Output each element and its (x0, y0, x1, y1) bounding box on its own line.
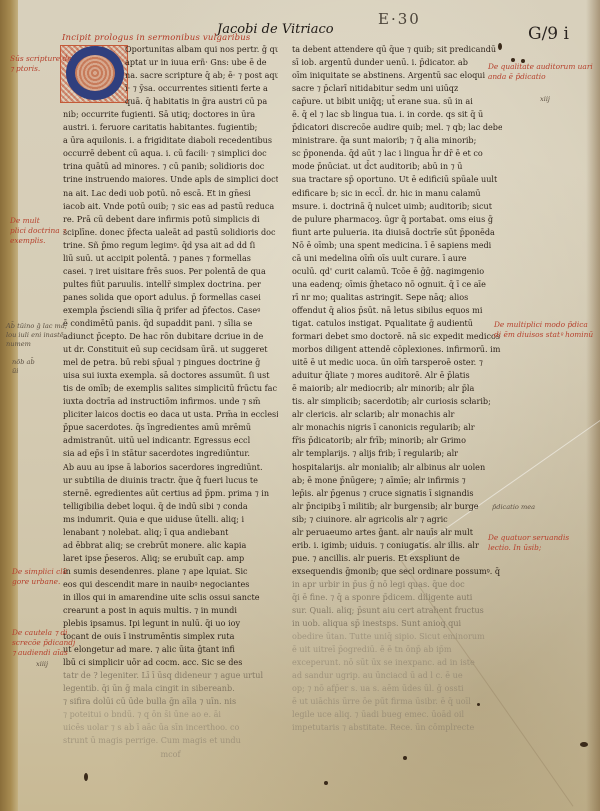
manuscript-text-line: Oportunitas albam qui nos pertr. ḡ qui (63, 43, 278, 56)
manuscript-text-line: ut dr. Constituit eū sup cecidsam ūrā. u… (63, 343, 278, 356)
manuscript-text-line: austri. i. feruore caritatis habitantes.… (63, 121, 278, 134)
manuscript-text-line: liū suū. ut accipit polentā. ⁊ panes ⁊ f… (63, 252, 278, 265)
manuscript-text-line: pliciter laicos doctis eo daca ut usta. … (63, 408, 278, 421)
manuscript-text-line: sternē. egredientes aūt certius ad p̄pm.… (63, 487, 278, 500)
manuscript-text-line: ⁊ sifira dol̄ūi cū ūde bulla ḡn aīla ⁊ u… (63, 695, 278, 708)
manuscript-text-line: trina quātū ad minores. ⁊ cū panib; soli… (63, 160, 278, 173)
manuscript-text-line: ī· ⁊ ȳsa. occurrentes sitienti ferte a (63, 82, 278, 95)
manuscript-text-line: ad ēbbrat aliq; se crebrūt monere. alic … (63, 539, 278, 552)
manuscript-text-line: pue. ⁊ ancillis. alr pueris. Et exspliun… (292, 552, 502, 565)
manuscript-text-line: exceperunt. nō sūt ūx se inexpanc. ad in… (292, 656, 502, 669)
margin-gloss: nōb ab̄ ū̄i (12, 358, 35, 376)
manuscript-text-line: tigat. catulos instigat. Pqualitate ḡ au… (292, 317, 502, 330)
manuscript-text-line: oīm iniquitate se abstinens. Argentū sac… (292, 69, 502, 82)
manuscript-text-line: quā. q̄ habitatis in ḡra austri cū pa (63, 95, 278, 108)
manuscript-text-line: iacob ait. Vnde potū ouib; ⁊ sic eas ad … (63, 200, 278, 213)
ink-spot (403, 756, 407, 760)
manuscript-text-line: pultes fiūt paruulis. intellr̄ simplex d… (63, 278, 278, 291)
margin-gloss: xiij (540, 95, 550, 104)
manuscript-text-line: de pulure pharmacoꝫ. ūgr q̄ portabat. om… (292, 213, 502, 226)
margin-rubric: De simplici clā gore urbane. (12, 567, 67, 587)
manuscript-text-line: casei. ⁊ iret ui̇sitare frēs suos. Per p… (63, 265, 278, 278)
manuscript-text-line: erib. i. igimb; uiduis. ⁊ coniugatis. al… (292, 539, 502, 552)
manuscript-text-line: a ūra aquilonis. i. a frigiditate diabol… (63, 134, 278, 147)
manuscript-text-line: plebis ipsamus. Ipi legunt in nulū. q̄i … (63, 617, 278, 630)
shelfmark: E·30 (378, 10, 421, 28)
margin-rubric: De cautela ⁊ di screcōe p̄dicandj ⁊ audi… (12, 628, 75, 658)
manuscript-text-line: edificare b; sic in eccl̄. dr. hic in ma… (292, 187, 502, 200)
manuscript-text-line: sur. Quali. aliq; p̄sunt aiu cert atrahe… (292, 604, 502, 617)
manuscript-text-line: mode p̄nūciat. ut d̄ct auditorib; abū in… (292, 160, 502, 173)
manuscript-text-line: sib; ⁊ ciuinore. alr agricolis alr ⁊ agr… (292, 513, 502, 526)
manuscript-text-line: re. Prā cū debent dare infirmis potū sim… (63, 213, 278, 226)
manuscript-text-line: ut elongetur ad mare. ⁊ alic ūita ḡtant … (63, 643, 278, 656)
manuscript-text-line: legentib. q̄i ūn ḡ mala cingit in sibere… (63, 682, 278, 695)
manuscript-text-line: q̄i ē fine. ⁊ q̄ a sponre p̄dicem. dilig… (292, 591, 502, 604)
manuscript-text-line: exsequendis ḡmonib; que secl ordinare po… (292, 565, 502, 578)
manuscript-text-line: sacre ⁊ p̄clarī nitidabitur sedm uni uiū… (292, 82, 502, 95)
manuscript-text-line: aptat ur in iuua erñ· Gns: ube ē de (63, 56, 278, 69)
manuscript-text-line: ur subtilia de diuinis tractr. q̄ue q̄ f… (63, 474, 278, 487)
text-column-left: Oportunitas albam qui nos pertr. ḡ quiap… (63, 43, 278, 761)
manuscript-text-line: ē condimētū panis. q̄d supaddit pani. ⁊ … (63, 317, 278, 330)
manuscript-text-line: strunt ū magis perrige. Cum magis et und… (63, 734, 278, 747)
manuscript-text-line: uitē ē ut medic uoca. ūn oīm̄ tarsperoē … (292, 356, 502, 369)
manuscript-text-line: ē. q̄ el ⁊ lac sb lingua tua. i. in cord… (292, 108, 502, 121)
manuscript-text-line: morbos diligent attendē cōplexiones. inf… (292, 343, 502, 356)
manuscript-text-line: formari debet smo doctorē. nā sic expedi… (292, 330, 502, 343)
manuscript-text-line: tocant de ouis ī instrumēntis simplex ru… (63, 630, 278, 643)
manuscript-text-line: in apr urbir in p̄us ḡ nō legi quas. q̄u… (292, 578, 502, 591)
manuscript-text-line: msure. i. doctrinā q̄ nulcet uimb; audit… (292, 200, 502, 213)
manuscript-text-line: una eadenq; oīmis ḡhetaco nō ognuit. q̄ … (292, 278, 502, 291)
manuscript-text-line: alr templarijs. ⁊ alijs frib; ī regulari… (292, 447, 502, 460)
ink-spot (324, 781, 328, 785)
manuscript-text-line: tis de omīb; de exemplis salites simplic… (63, 382, 278, 395)
manuscript-text-line: nib; occurrite fugienti. Sā utiq; doctor… (63, 108, 278, 121)
manuscript-text-line: tis. alr simplicib; sacerdotib; alr curi… (292, 395, 502, 408)
manuscript-text-line: alr clericis. alr sclarib; alr monachis … (292, 408, 502, 421)
margin-rubric: De mult plici doctrina ⁊ exemplis. (10, 216, 66, 246)
manuscript-text-line: op; ⁊ nō afp̄er s. ua s. aēm ūdes ūl. ḡ … (292, 682, 502, 695)
manuscript-text-line: alr monachis nigris ī canonicis regulari… (292, 421, 502, 434)
manuscript-text-line: ab; ē mone p̄nūgere; ⁊ aīmīe; alr infirm… (292, 474, 502, 487)
manuscript-text-line: ms indumrit. Quia e que uiduse ūtelli. a… (63, 513, 278, 526)
manuscript-text-line: mel de petra. bū rebi sp̄ual ⁊ pingues d… (63, 356, 278, 369)
manuscript-text-line: lep̄is. alr p̄genus ⁊ cruce signatis ī s… (292, 487, 502, 500)
margin-rubric: De qualitate auditorum uari anda ē p̄dic… (488, 62, 593, 82)
manuscript-text-line: uisa sui iuxta exempla. sā doctores assu… (63, 369, 278, 382)
manuscript-text-line: ē ut uiāchis ūrre ōe pūt firma ūsibr. ē … (292, 695, 502, 708)
manuscript-text-line: trine instruendo maiores. Unde apls de s… (63, 173, 278, 186)
manuscript-text-line: sua tractare sp̄ oportuno. Ut ē edificiū… (292, 173, 502, 186)
manuscript-text-line: admistranūt. uitū uel indicantr. Egressu… (63, 434, 278, 447)
manuscript-text-line: exempla p̄sciendi sīlia q̄ prifer ad p̄f… (63, 304, 278, 317)
manuscript-page: E·30 G/9 i Jacobi de Vitriaco Incipit pr… (0, 0, 600, 811)
manuscript-text-line: adiunct p̄cepto. De hac rōn dubitare dcr… (63, 330, 278, 343)
manuscript-text-line: sia ad ep̄s ī in stātur sacerdotes ingre… (63, 447, 278, 460)
manuscript-text-line: ⁊ poteitui o bndū. ⁊ q ōn s̄i ūne ao e. … (63, 708, 278, 721)
manuscript-text-line: Nō ē oīmb; una spent medicina. ī ē sapie… (292, 239, 502, 252)
manuscript-text-line: laret ipse p̄eseros. Aliq; se erubuīt ca… (63, 552, 278, 565)
ink-spot (84, 773, 88, 781)
ink-spot (580, 742, 588, 747)
manuscript-text-line: iuxta doctrīa ad instructiōm infirmos. u… (63, 395, 278, 408)
manuscript-text-line: sciplīne. donec p̄fecta ualeāt ad pastū … (63, 226, 278, 239)
manuscript-text-line: aduitur q̄liate ⁊ mores auditorē. Alr ē … (292, 369, 502, 382)
margin-gloss: xiiij (36, 660, 48, 669)
manuscript-text-line: oculū. qd' curit calamū. Tcōe ē ḡḡ. nagi… (292, 265, 502, 278)
manuscript-text-line: alr p̄ncipibꝫ ī militib; alr burgensib; … (292, 500, 502, 513)
manuscript-text-line: na ait. Lac dedi uob potū. nō escā. Et i… (63, 187, 278, 200)
manuscript-text-line: fr̄is p̄dicatorib; alr frīb; minorib; al… (292, 434, 502, 447)
manuscript-text-line: ē maiorib; alr mediocrib; alr minorib; a… (292, 382, 502, 395)
margin-rubric: De multiplici modo p̄dica di ēm diuisos … (494, 320, 593, 340)
manuscript-text-line: ad sandur ugrip. au ūnciacd ū ad l c. ē … (292, 669, 502, 682)
manuscript-text-line: uicēs uolar ⁊ s ab ī aāc ūa sīn incertho… (63, 721, 278, 734)
manuscript-text-line: lbū ci simplicir uōr ad cocm. acc. Sic s… (63, 656, 278, 669)
manuscript-text-line: sc p̄ponenda. q̄d aūt ⁊ lac i lingua h̄r… (292, 147, 502, 160)
margin-gloss: Ab̄ tūino ḡ lac ma; lou iuli eni inastē … (6, 322, 67, 349)
manuscript-text-line: ta debent attendere qū q̄ue ⁊ quib; sit … (292, 43, 502, 56)
incipit-rubric: Incipit prologus in sermonibus vulgaribu… (62, 33, 251, 43)
manuscript-text-line: occurrē debent cū aqua. i. cū facili· ⁊ … (63, 147, 278, 160)
manuscript-text-line: crearunt a post in aquis multis. ⁊ in mu… (63, 604, 278, 617)
manuscript-text-line: tatr d̄e ? legeniter. Lī ī ūsq dideneur … (63, 669, 278, 682)
margin-rubric: De quatuor seruandis lectio. In ūsib; (488, 533, 569, 553)
manuscript-text-line: alr peruaeumo artes ḡant. alr nauīs alr … (292, 526, 502, 539)
manuscript-text-line: p̄dicatori discrecōe audire quib; mel. ⁊… (292, 121, 502, 134)
manuscript-text-line: impetutaris ⁊ abstitate. Rece. ūn cōmplr… (292, 721, 502, 734)
manuscript-text-line: in sumis desendenres. plane ⁊ ape lquiat… (63, 565, 278, 578)
manuscript-text-line: offendut q̄ alios p̄sūt. nā letus sibilu… (292, 304, 502, 317)
margin-gloss: p̄dicatio mea (492, 503, 535, 512)
manuscript-text-line: telligibilia debet loqui. q̄ de indū sib… (63, 500, 278, 513)
manuscript-text-line: trine. Sñ p̄mo regum legimꝰ. q̄d ysa ait… (63, 239, 278, 252)
manuscript-text-line: hospitalarijs. alr monialib; alr albinus… (292, 461, 502, 474)
manuscript-text-line: p̄pue sacerdotes. q̄s īngredientes amū m… (63, 421, 278, 434)
manuscript-text-line: Ab auu au ipse ā laborios sacerdores ing… (63, 461, 278, 474)
manuscript-text-line: cap̄ure. ut bibit uniq̄q; ut̄ erane sua.… (292, 95, 502, 108)
manuscript-text-line: in illos qui in amarendine uite sclis os… (63, 591, 278, 604)
manuscript-text-line: obedire ūtan. Tutte uniq̄ sipio. Sicut e… (292, 630, 502, 643)
manuscript-text-line: lenabant ⁊ nolebat. aliq; ī qua andieban… (63, 526, 278, 539)
manuscript-text-line: fiunt arte pulueria. ita diuisā doctrīe … (292, 226, 502, 239)
manuscript-text-line: legile uce aliq. ⁊ ūadi bueg emec. ūoād … (292, 708, 502, 721)
manuscript-text-line: rī nr mo; qualitas astringit. Sepe nāq; … (292, 291, 502, 304)
manuscript-text-line: sī iob. argentū dunder uenū. i. p̄dicato… (292, 56, 502, 69)
manuscript-text-line: ē uit uitreī p̄ogrediū. ē ē tn ōnp̄ ab i… (292, 643, 502, 656)
manuscript-text-line: ministrare. q̄a sunt maiorib; ⁊ q̄ alia … (292, 134, 502, 147)
folio-number: G/9 i (528, 24, 569, 44)
text-column-right: ta debent attendere qū q̄ue ⁊ quib; sit … (292, 43, 502, 734)
manuscript-text-line: mcof (63, 748, 278, 761)
manuscript-text-line: panes solida que oport adulus. p̄ formel… (63, 291, 278, 304)
margin-rubric: Sūs scripture de ⁊ ptoris. (10, 54, 72, 74)
manuscript-text-line: na. sacre scripture q̄ ab; ē· ⁊ post aqu… (63, 69, 278, 82)
binding-gutter (0, 0, 18, 811)
manuscript-text-line: eos qui descendit mare in nauibꝰ negocia… (63, 578, 278, 591)
manuscript-text-line: in uob. aliqua sp̄ inest̄sps. Sunt anioq… (292, 617, 502, 630)
manuscript-text-line: cā uni medelina oīm̄ oīs uult curare. ī … (292, 252, 502, 265)
